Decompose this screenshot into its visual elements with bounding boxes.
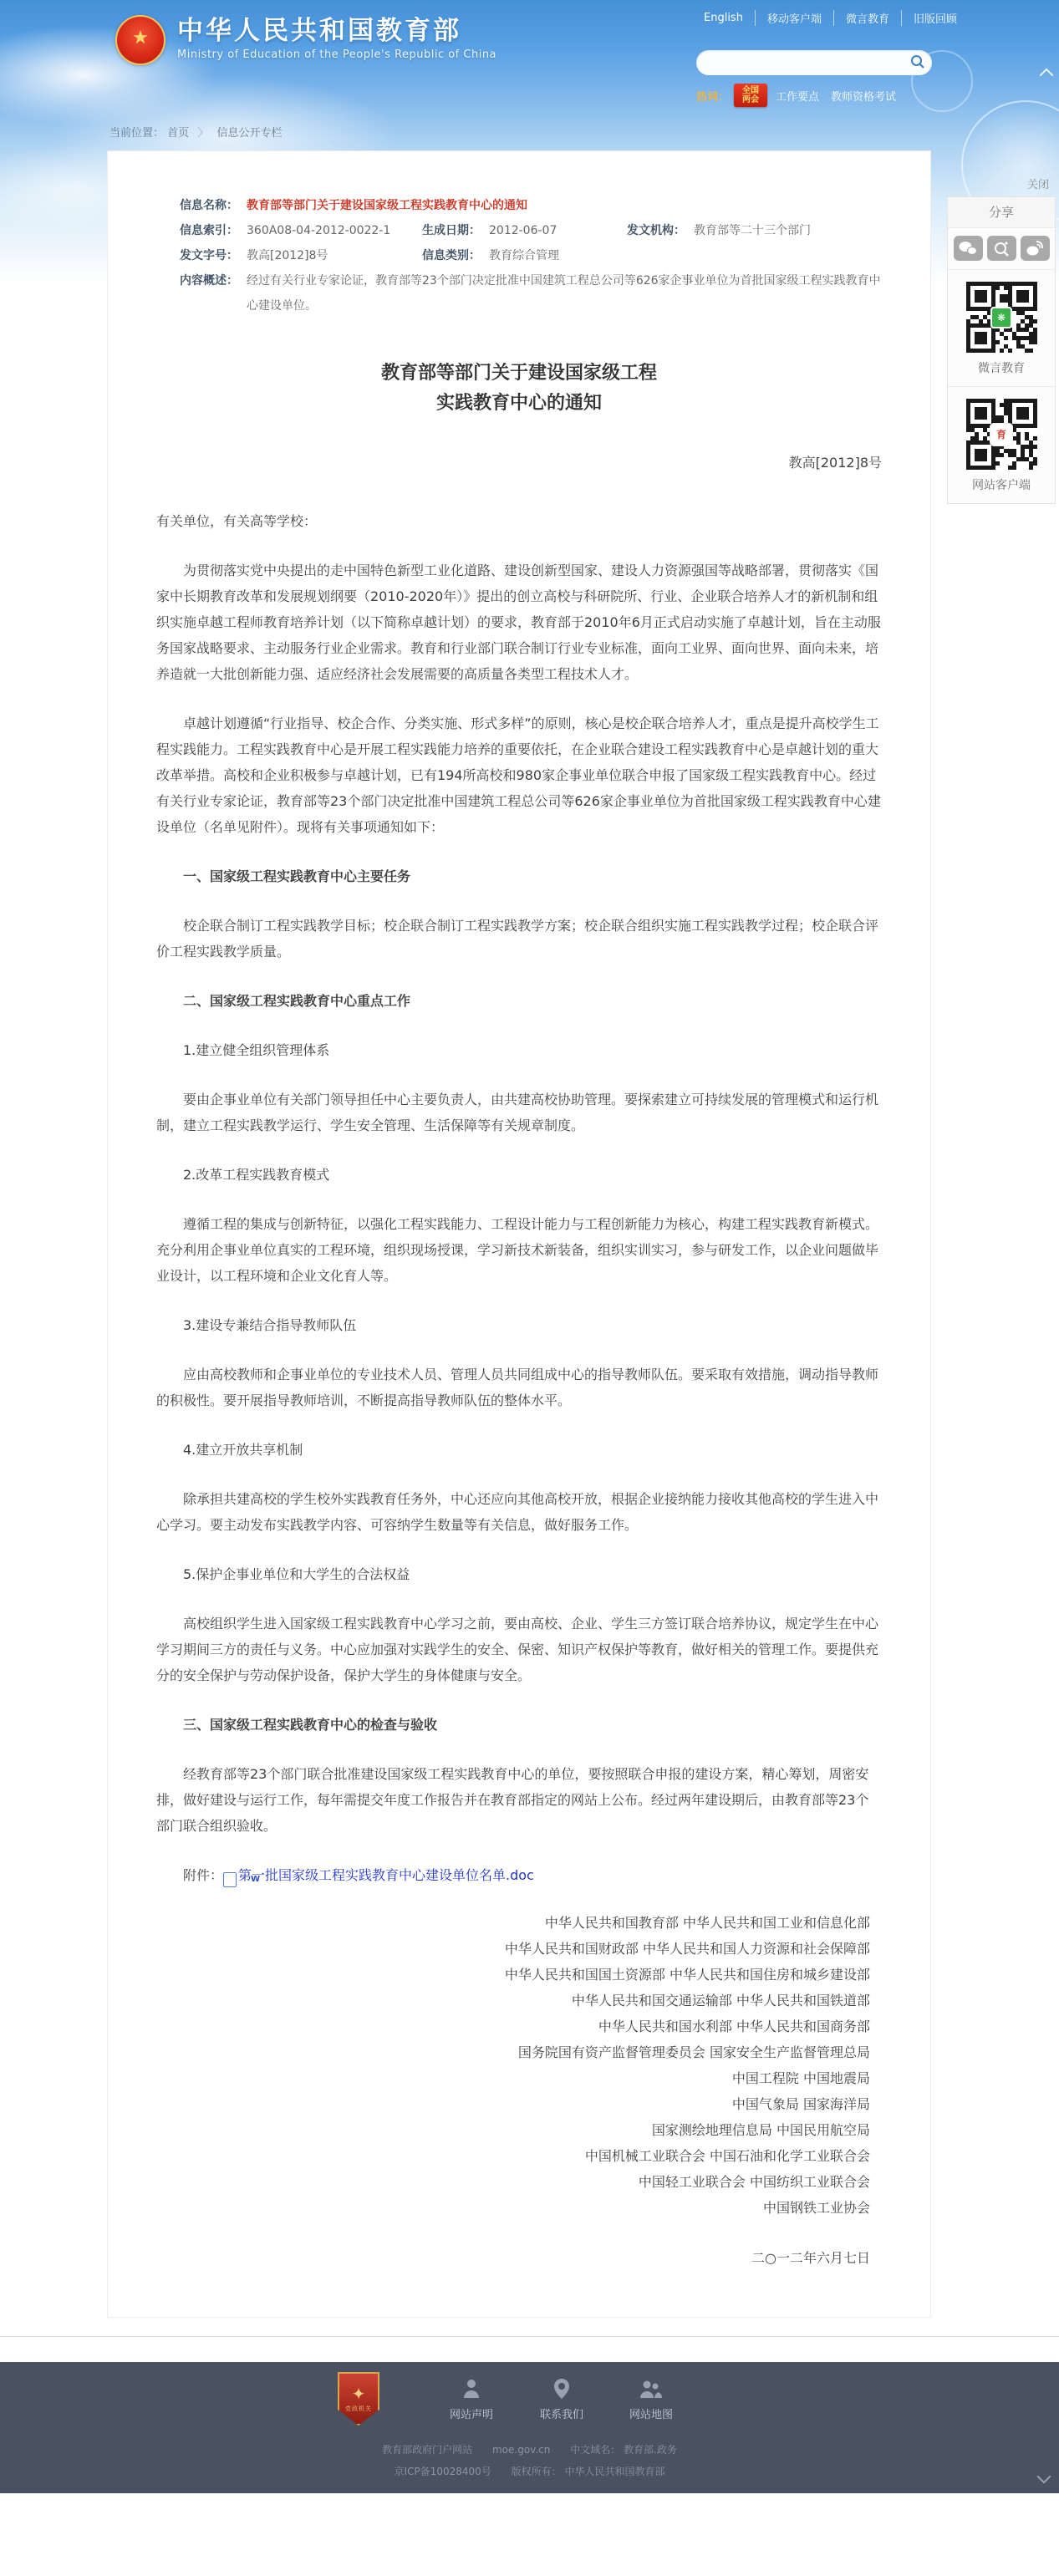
info-date-label: 生成日期：	[422, 218, 481, 243]
signature-line: 中国机械工业联合会 中国石油和化学工业联合会	[156, 2143, 882, 2169]
contact-icon	[524, 2377, 599, 2399]
signature-line: 中华人民共和国交通运输部 中华人民共和国铁道部	[156, 1988, 882, 2013]
signature-line: 中国气象局 国家海洋局	[156, 2091, 882, 2117]
paragraph: 卓越计划遵循“行业指导、校企合作、分类实施、形式多样”的原则，核心是校企联合培养…	[156, 710, 882, 840]
qr-box-client: 育 网站客户端	[948, 386, 1055, 503]
footer-line-1: 教育部政府门户网站 moe.gov.cn 中文域名： 教育部.政务	[0, 2439, 1059, 2461]
signature-list: 中华人民共和国教育部 中华人民共和国工业和信息化部 中华人民共和国财政部 中华人…	[156, 1910, 882, 2221]
qr-box-weiyan: ❋ 微言教育	[948, 269, 1055, 386]
info-category-label: 信息类别：	[422, 243, 481, 268]
scroll-up-icon[interactable]	[1040, 69, 1054, 83]
salutation: 有关单位，有关高等学校：	[156, 508, 882, 534]
hotword-teacher-exam[interactable]: 教师资格考试	[831, 88, 896, 104]
header: English 移动客户端 微言教育 旧版回顾 ★ 中华人民共和国教育部 Min…	[0, 0, 1059, 150]
national-emblem-icon: ★	[115, 15, 165, 65]
search-button[interactable]	[904, 50, 932, 75]
document-title: 教育部等部门关于建设国家级工程实践教育中心的通知	[156, 359, 882, 419]
nav-weiyan-edu[interactable]: 微言教育	[833, 10, 901, 26]
weiyan-qr-logo-icon: ❋	[990, 307, 1012, 328]
paragraph: 高校组织学生进入国家级工程实践教育中心学习之前，要由高校、企业、学生三方签订联合…	[156, 1611, 882, 1688]
site-brand: ★ 中华人民共和国教育部 Ministry of Education of th…	[115, 15, 496, 65]
info-summary-value: 经过有关行业专家论证，教育部等23个部门决定批准中国建筑工程总公司等626家企事…	[247, 268, 882, 318]
signature-line: 中华人民共和国国土资源部 中华人民共和国住房和城乡建设部	[156, 1962, 882, 1988]
sitemap-icon	[614, 2377, 689, 2399]
word-doc-icon: W	[223, 1872, 237, 1887]
nav-english[interactable]: English	[692, 12, 755, 24]
paragraph: 校企联合制订工程实践教学目标；校企联合制订工程实践教学方案；校企联合组织实施工程…	[156, 913, 882, 965]
weiyan-qr-code: ❋	[966, 282, 1037, 353]
statement-icon	[434, 2377, 509, 2399]
footer-text: 教育部政府门户网站 moe.gov.cn 中文域名： 教育部.政务 京ICP备1…	[0, 2439, 1059, 2482]
info-index-label: 信息索引：	[180, 218, 238, 243]
breadcrumb: 当前位置： 首页 〉 信息公开专栏	[109, 124, 282, 140]
hotword-work-points[interactable]: 工作要点	[776, 88, 819, 104]
section-heading-3: 三、国家级工程实践教育中心的检查与验收	[156, 1712, 882, 1738]
section-heading-1: 一、国家级工程实践教育中心主要任务	[156, 863, 882, 889]
info-docno-value: 教高[2012]8号	[247, 243, 328, 268]
info-category-value: 教育综合管理	[489, 243, 559, 268]
info-index-value: 360A08-04-2012-0022-1	[247, 218, 390, 243]
sub-heading-5: 5.保护企事业单位和大学生的合法权益	[156, 1561, 882, 1587]
info-date-value: 2012-06-07	[489, 218, 557, 243]
gov-badge-icon: ✦ 党政机关	[338, 2372, 379, 2426]
signature-line: 中华人民共和国教育部 中华人民共和国工业和信息化部	[156, 1910, 882, 1936]
info-name-label: 信息名称：	[180, 193, 238, 218]
sub-heading-1: 1.建立健全组织管理体系	[156, 1037, 882, 1063]
info-row-docno: 发文字号：教高[2012]8号 信息类别：教育综合管理	[180, 243, 882, 268]
national-congress-badge[interactable]: 全国两会	[734, 84, 767, 107]
info-org-value: 教育部等二十三个部门	[694, 218, 811, 243]
weibo-share-icon[interactable]	[1021, 236, 1050, 261]
hotwords-label: 热词：	[696, 88, 729, 104]
signature-line: 中国轻工业联合会 中国纺织工业联合会	[156, 2169, 882, 2195]
footer-line-2: 京ICP备10028400号 版权所有： 中华人民共和国教育部	[0, 2461, 1059, 2482]
document-number: 教高[2012]8号	[156, 452, 882, 471]
footer-link-statement[interactable]: 网站声明	[434, 2377, 509, 2421]
qzone-share-icon[interactable]	[987, 236, 1016, 261]
search-box	[696, 50, 932, 75]
signature-line: 中华人民共和国水利部 中华人民共和国商务部	[156, 2013, 882, 2039]
info-row-index: 信息索引：360A08-04-2012-0022-1 生成日期：2012-06-…	[180, 218, 882, 243]
client-qr-code: 育	[966, 399, 1037, 470]
client-qr-logo-icon: 育	[990, 424, 1012, 445]
signature-line: 国家测绘地理信息局 中国民用航空局	[156, 2117, 882, 2143]
paragraph: 遵循工程的集成与创新特征，以强化工程实践能力、工程设计能力与工程创新能力为核心，…	[156, 1211, 882, 1289]
info-summary-label: 内容概述：	[180, 268, 238, 318]
footer-link-contact[interactable]: 联系我们	[524, 2377, 599, 2421]
breadcrumb-current: 信息公开专栏	[216, 127, 282, 140]
footer-link-sitemap[interactable]: 网站地图	[614, 2377, 689, 2421]
close-share-button[interactable]: 关闭	[947, 176, 1056, 196]
nav-old-version[interactable]: 旧版回顾	[901, 10, 969, 26]
info-docno-label: 发文字号：	[180, 243, 238, 268]
search-input[interactable]	[708, 51, 904, 74]
footer: ✦ 党政机关 网站声明 联系我们 网站地图 教育部政府门户网站 moe.gov.…	[0, 2362, 1059, 2493]
share-title: 分享	[948, 197, 1055, 228]
info-table: 信息名称： 教育部等部门关于建设国家级工程实践教育中心的通知 信息索引：360A…	[180, 193, 882, 318]
paragraph: 应由高校教师和企事业单位的专业技术人员、管理人员共同组成中心的指导教师队伍。要采…	[156, 1362, 882, 1413]
breadcrumb-home[interactable]: 首页	[167, 127, 189, 140]
site-subtitle: Ministry of Education of the People's Re…	[177, 48, 496, 61]
wechat-share-icon[interactable]	[954, 236, 983, 261]
share-icons-row	[948, 228, 1055, 269]
weiyan-qr-label: 微言教育	[948, 359, 1055, 376]
info-name-value: 教育部等部门关于建设国家级工程实践教育中心的通知	[247, 193, 527, 218]
paragraph: 要由企事业单位有关部门领导担任中心主要负责人，由共建高校协助管理。要探索建立可持…	[156, 1087, 882, 1138]
footer-divider	[0, 2336, 1059, 2337]
signature-line: 国务院国有资产监督管理委员会 国家安全生产监督管理总局	[156, 2039, 882, 2065]
share-panel: 关闭 分享 ❋ 微言教育	[947, 176, 1056, 504]
breadcrumb-separator: 〉	[197, 127, 208, 140]
section-heading-2: 二、国家级工程实践教育中心重点工作	[156, 988, 882, 1014]
paragraph: 经教育部等23个部门联合批准建设国家级工程实践教育中心的单位，要按照联合申报的建…	[156, 1761, 882, 1839]
breadcrumb-label: 当前位置：	[109, 127, 164, 140]
info-org-label: 发文机构：	[627, 218, 685, 243]
top-nav: English 移动客户端 微言教育 旧版回顾	[692, 10, 969, 26]
hotwords-bar: 热词： 全国两会 工作要点 教师资格考试	[696, 84, 908, 107]
signature-line: 中国工程院 中国地震局	[156, 2065, 882, 2091]
search-icon	[910, 54, 925, 72]
signature-line: 中国钢铁工业协会	[156, 2195, 882, 2221]
document-body: 教育部等部门关于建设国家级工程实践教育中心的通知 教高[2012]8号 有关单位…	[156, 359, 882, 2267]
info-row-name: 信息名称： 教育部等部门关于建设国家级工程实践教育中心的通知	[180, 193, 882, 218]
signature-line: 中华人民共和国财政部 中华人民共和国人力资源和社会保障部	[156, 1936, 882, 1962]
attachment-label: 附件：	[183, 1867, 223, 1883]
sub-heading-3: 3.建设专兼结合指导教师队伍	[156, 1312, 882, 1338]
page: English 移动客户端 微言教育 旧版回顾 ★ 中华人民共和国教育部 Min…	[0, 0, 1059, 2493]
sub-heading-4: 4.建立开放共享机制	[156, 1437, 882, 1463]
info-row-summary: 内容概述： 经过有关行业专家论证，教育部等23个部门决定批准中国建筑工程总公司等…	[180, 268, 882, 318]
document-date: 二○一二年六月七日	[156, 2248, 882, 2267]
attachment-link[interactable]: 第一批国家级工程实践教育中心建设单位名单.doc	[238, 1867, 534, 1883]
client-qr-label: 网站客户端	[948, 476, 1055, 493]
nav-mobile-client[interactable]: 移动客户端	[755, 10, 833, 26]
attachment-row: 附件：W第一批国家级工程实践教育中心建设单位名单.doc	[156, 1862, 882, 1888]
content-card: 信息名称： 教育部等部门关于建设国家级工程实践教育中心的通知 信息索引：360A…	[107, 150, 931, 2318]
paragraph: 为贯彻落实党中央提出的走中国特色新型工业化道路、建设创新型国家、建设人力资源强国…	[156, 557, 882, 687]
site-title: 中华人民共和国教育部	[177, 15, 496, 47]
sub-heading-2: 2.改革工程实践教育模式	[156, 1162, 882, 1188]
paragraph: 除承担共建高校的学生校外实践教育任务外，中心还应向其他高校开放，根据企业接纳能力…	[156, 1486, 882, 1538]
